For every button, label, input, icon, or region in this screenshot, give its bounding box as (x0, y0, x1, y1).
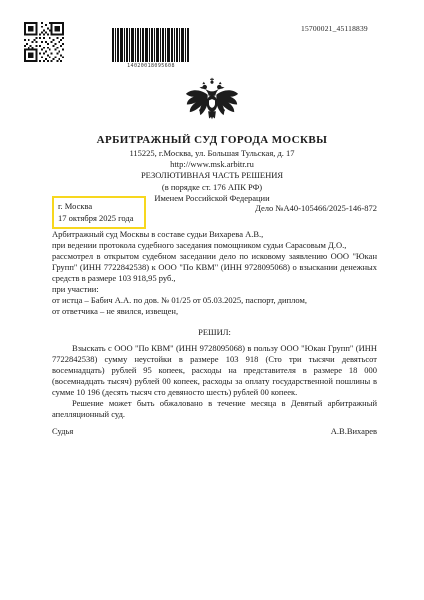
procedure-note: (в порядке ст. 176 АПК РФ) (0, 182, 424, 193)
judge-role-label: Судья (52, 426, 73, 436)
resolution-heading: РЕШИЛ: (52, 327, 377, 338)
qr-code-icon (24, 22, 64, 62)
document-header: АРБИТРАЖНЫЙ СУД ГОРОДА МОСКВЫ 115225, г.… (0, 134, 424, 204)
court-website: http://www.msk.arbitr.ru (0, 159, 424, 170)
court-address: 115225, г.Москва, ул. Большая Тульская, … (0, 148, 424, 159)
decision-body: Арбитражный суд Москвы в составе судьи В… (52, 229, 377, 420)
judge-name: А.В.Вихарев (331, 426, 377, 436)
appeal-paragraph: Решение может быть обжаловано в течение … (52, 398, 377, 420)
barcode: 14020018095608 (112, 28, 190, 69)
defendant-line: от ответчика – не явился, извещен, (52, 306, 377, 317)
protocol-line: при ведении протокола судебного заседани… (52, 240, 377, 251)
russia-coat-of-arms-icon (183, 76, 241, 130)
registration-number: 15700021_45118839 (301, 24, 368, 33)
case-review-paragraph: рассмотрел в открытом судебном заседании… (52, 251, 377, 284)
signature-row: Судья А.В.Вихарев (52, 426, 377, 436)
document-type-title: РЕЗОЛЮТИВНАЯ ЧАСТЬ РЕШЕНИЯ (0, 170, 424, 181)
city-label: г. Москва (58, 200, 134, 212)
plaintiff-line: от истца – Бабич А.А. по дов. № 01/25 от… (52, 295, 377, 306)
barcode-icon (112, 28, 190, 62)
court-decision-document: 14020018095608 15700021_45118839 (0, 0, 424, 600)
date-highlight-box: г. Москва 17 октября 2025 года (52, 196, 146, 229)
case-info-row: г. Москва 17 октября 2025 года Дело №А40… (52, 196, 377, 229)
court-name: АРБИТРАЖНЫЙ СУД ГОРОДА МОСКВЫ (0, 134, 424, 147)
composition-line: Арбитражный суд Москвы в составе судьи В… (52, 229, 377, 240)
case-number: Дело №А40-105466/2025-146-872 (255, 203, 377, 213)
participants-label: при участии: (52, 284, 377, 295)
barcode-number: 14020018095608 (112, 63, 190, 69)
resolution-paragraph: Взыскать с ООО "По КВМ" (ИНН 9728095068)… (52, 343, 377, 398)
decision-date: 17 октября 2025 года (58, 212, 134, 224)
